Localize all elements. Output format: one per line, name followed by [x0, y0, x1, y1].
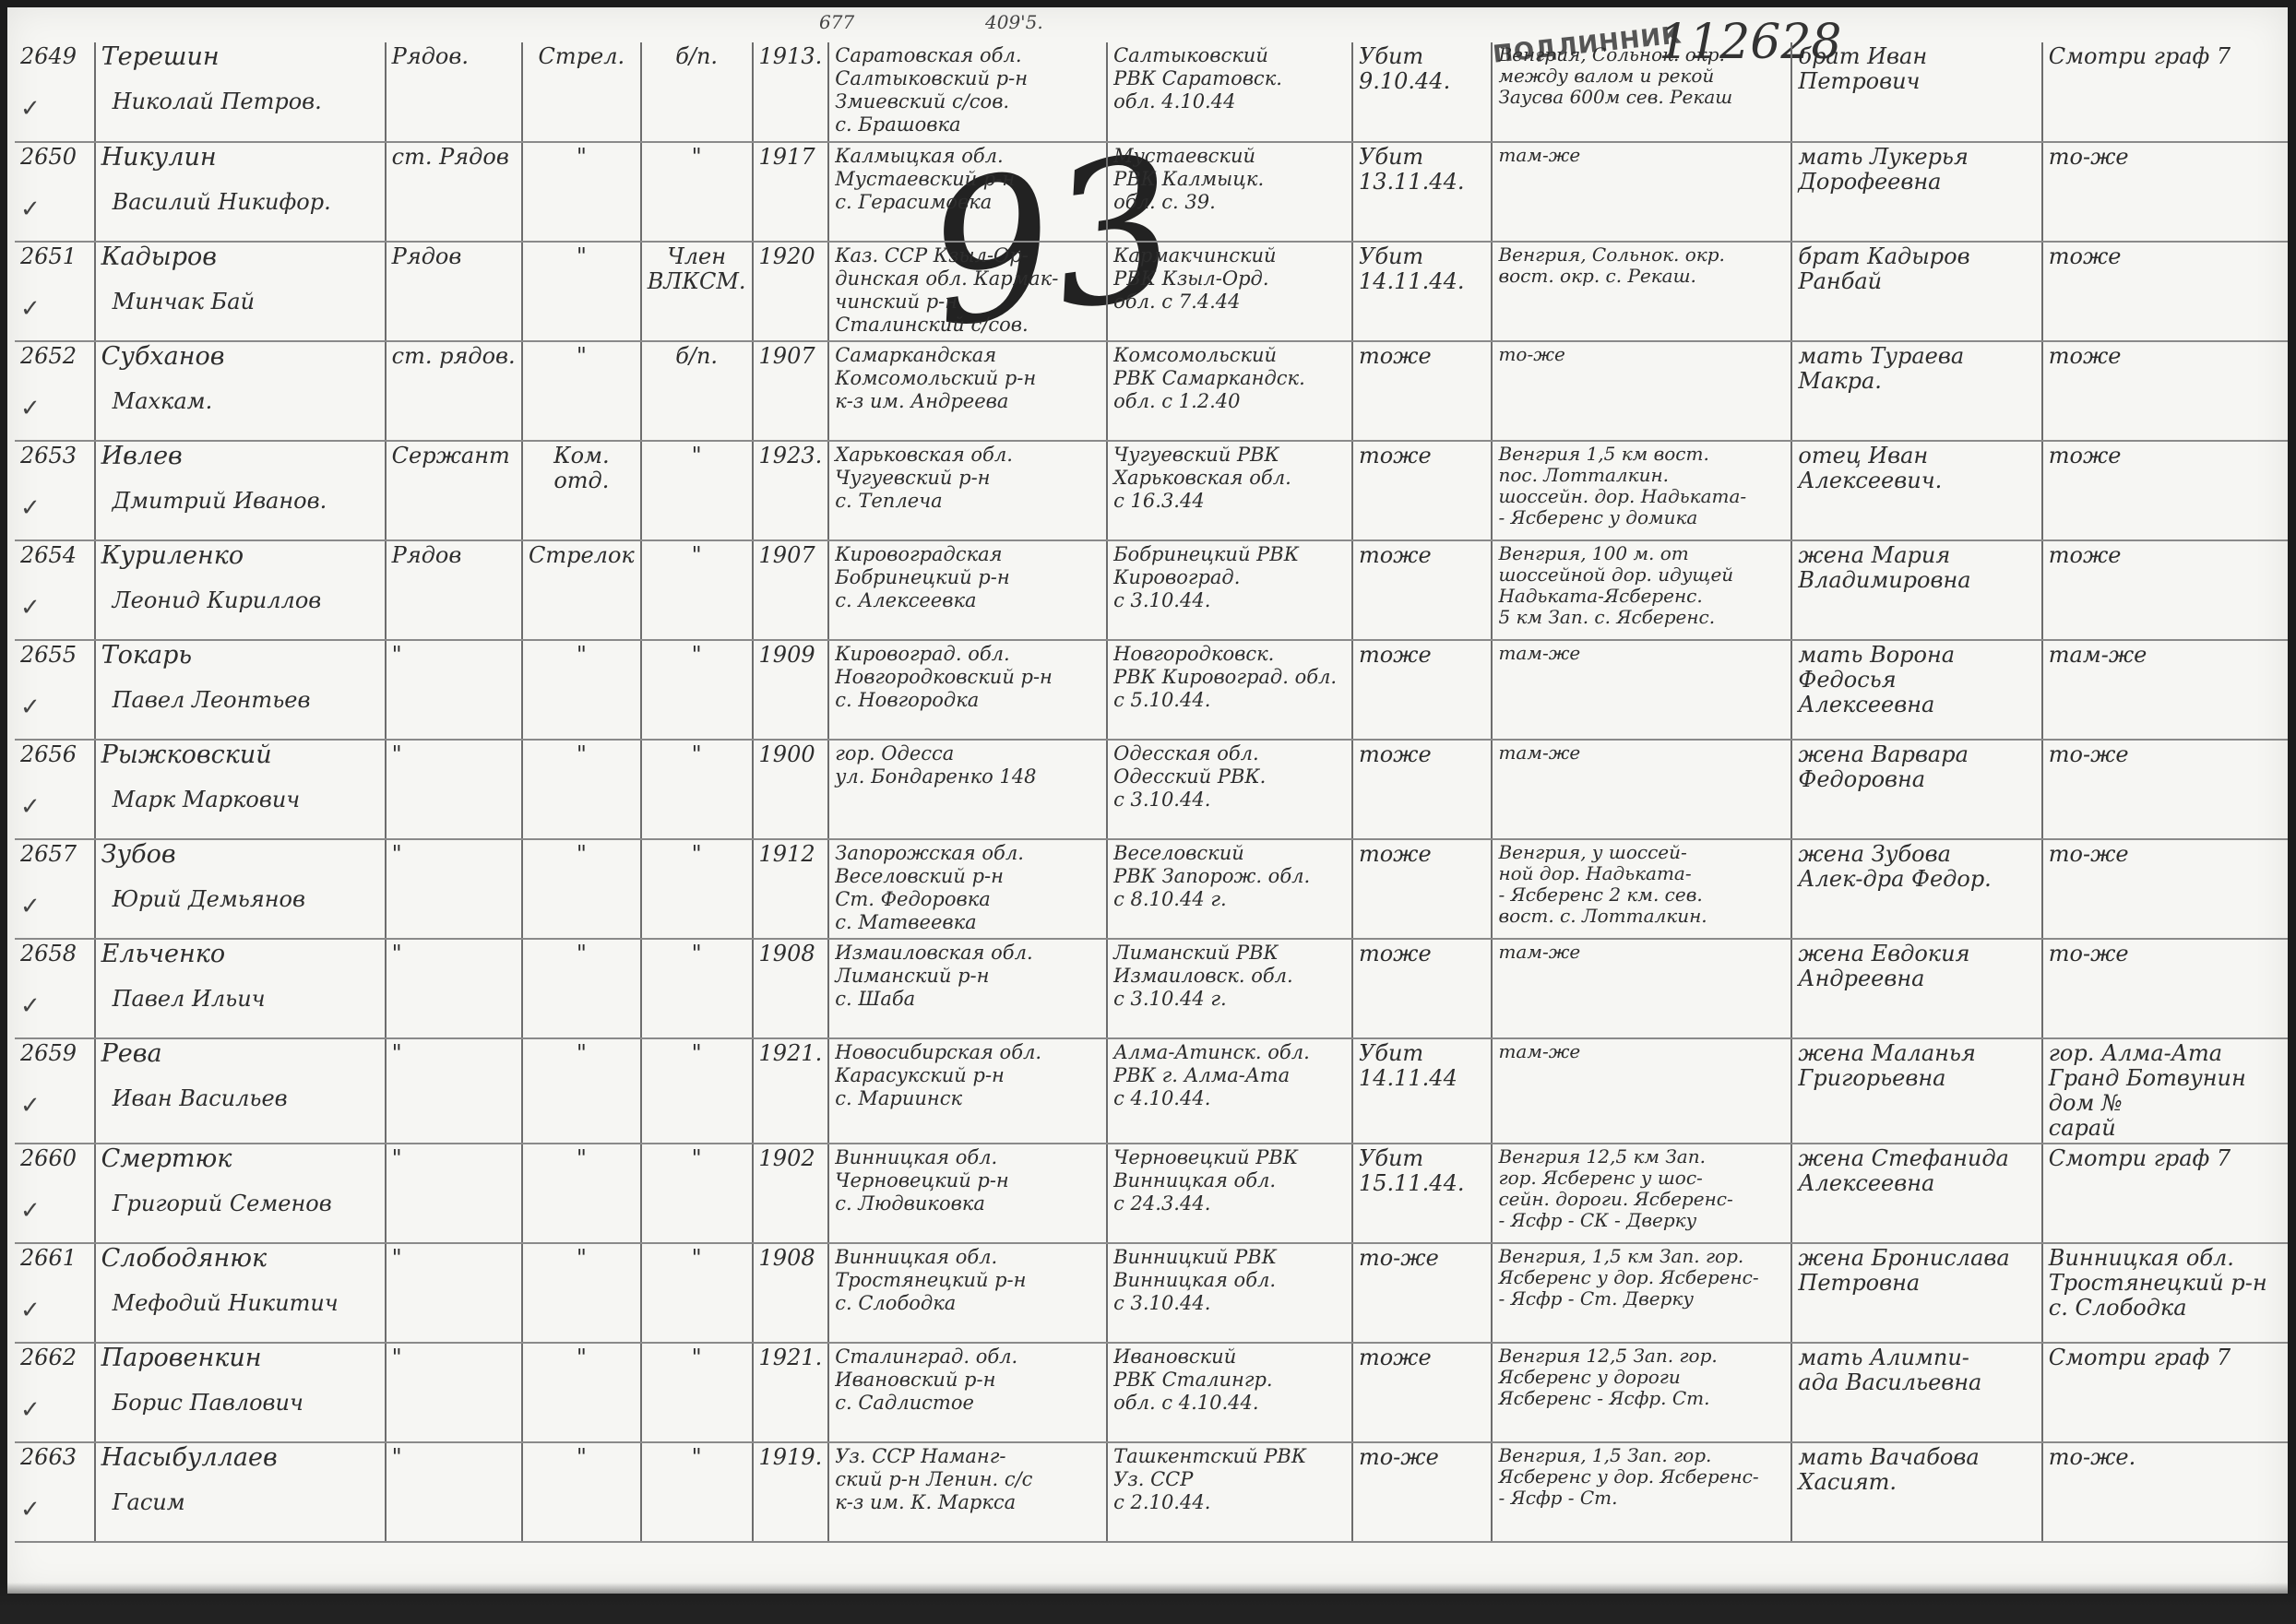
given-names: Григорий Семенов: [101, 1191, 379, 1216]
address-line: тоже: [2049, 444, 2282, 468]
drafted-by-cell: Чугуевский РВКХарьковская обл.с 16.3.44: [1107, 441, 1352, 540]
burial-line: Заусва 600м сев. Рекаш: [1498, 87, 1785, 108]
birth-year-cell: 1919.: [753, 1442, 829, 1542]
address-line: Гранд Ботвунин дом №: [2049, 1066, 2282, 1116]
birth-year-cell: 1917: [753, 142, 829, 242]
surname: Кадыров: [101, 244, 379, 269]
rank-cell: Сержант: [386, 441, 522, 540]
birthplace-cell: Уз. ССР Наманг-ский р-н Ленин. с/ск-з им…: [828, 1442, 1107, 1542]
burial-place-cell: Венгрия, Сольнок. окр.между валом и реко…: [1492, 42, 1791, 142]
position-cell: ": [522, 740, 641, 839]
died-line: тоже: [1359, 543, 1486, 568]
record-number-cell: 2649 ✓: [15, 42, 95, 142]
name-cell: Ивлев Дмитрий Иванов.: [95, 441, 386, 540]
scan-edge-shadow: [0, 1583, 2296, 1624]
birthplace-line: с. Матвеевка: [835, 911, 1100, 934]
kin-line: Григорьевна: [1798, 1066, 2035, 1091]
record-number: 2662: [20, 1345, 77, 1370]
burial-line: шоссейной дор. идущей: [1498, 564, 1785, 586]
drafted-line: Черновецкий РВК: [1113, 1146, 1346, 1169]
checkmark-icon: ✓: [20, 1094, 89, 1119]
kin-line: мать Алимпи-: [1798, 1345, 2035, 1370]
address-line: то-же.: [2049, 1445, 2282, 1470]
birthplace-line: Сталинский с/сов.: [835, 314, 1100, 337]
kin-line: брат Кадыров: [1798, 244, 2035, 269]
death-cell: тоже: [1352, 441, 1493, 540]
died-line: тоже: [1359, 444, 1486, 468]
burial-line: - Ясберенс у домика: [1498, 507, 1785, 528]
drafted-line: Алма-Атинск. обл.: [1113, 1041, 1346, 1064]
death-cell: тоже: [1352, 640, 1493, 740]
birthplace-line: Калмыцкая обл.: [835, 145, 1100, 168]
birthplace-line: Кировоградская: [835, 543, 1100, 566]
kin-address-cell: Винницкая обл.Тростянецкий р-н с. Слобод…: [2042, 1243, 2288, 1343]
name-cell: Никулин Василий Никифор.: [95, 142, 386, 242]
record-number-cell: 2650 ✓: [15, 142, 95, 242]
burial-line: Ясберенс у дороги: [1498, 1367, 1785, 1388]
drafted-line: Одесский РВК.: [1113, 765, 1346, 788]
next-of-kin-cell: мать ВоронаФедосья Алексеевна: [1791, 640, 2041, 740]
given-names: Леонид Кириллов: [101, 588, 379, 613]
drafted-line: Комсомольский: [1113, 344, 1346, 367]
surname: Ивлев: [101, 444, 379, 468]
birthplace-line: с. Шаба: [835, 988, 1100, 1011]
checkmark-icon: ✓: [20, 596, 89, 621]
table-row: 2663 ✓ Насыбуллаев Гасим " " " 1919. Уз.…: [15, 1442, 2288, 1542]
drafted-by-cell: Бобринецкий РВККировоград.с 3.10.44.: [1107, 540, 1352, 640]
birthplace-line: Винницкая обл.: [835, 1246, 1100, 1269]
kin-line: Алек-дра Федор.: [1798, 867, 2035, 892]
checkmark-icon: ✓: [20, 1398, 89, 1423]
party-cell: ": [641, 640, 753, 740]
birthplace-line: Веселовский р-н: [835, 865, 1100, 888]
birthplace-line: ул. Бондаренко 148: [835, 765, 1100, 788]
drafted-line: Лиманский РВК: [1113, 942, 1346, 965]
name-cell: Насыбуллаев Гасим: [95, 1442, 386, 1542]
death-cell: Убит9.10.44.: [1352, 42, 1493, 142]
given-names: Юрий Демьянов: [101, 887, 379, 912]
birthplace-cell: Сталинград. обл.Ивановский р-нс. Садлист…: [828, 1343, 1107, 1442]
record-number: 2649: [20, 43, 77, 69]
birthplace-line: Уз. ССР Наманг-: [835, 1445, 1100, 1468]
drafted-line: Кировоград.: [1113, 566, 1346, 589]
drafted-by-cell: Одесская обл.Одесский РВК.с 3.10.44.: [1107, 740, 1352, 839]
drafted-line: с 3.10.44.: [1113, 1292, 1346, 1315]
surname: Рыжковский: [101, 742, 379, 767]
party-cell: ": [641, 1343, 753, 1442]
burial-line: Венгрия, 1,5 Зап. гор.: [1498, 1445, 1785, 1466]
surname: Зубов: [101, 842, 379, 867]
burial-line: там-же: [1498, 643, 1785, 664]
drafted-line: Уз. ССР: [1113, 1468, 1346, 1491]
burial-place-cell: Венгрия, у шоссей-ной дор. Надькатa-- Яс…: [1492, 839, 1791, 939]
rank-cell: Рядов: [386, 242, 522, 341]
died-line: Убит: [1359, 145, 1486, 170]
burial-place-cell: Венгрия, 100 м. отшоссейной дор. идущейН…: [1492, 540, 1791, 640]
burial-line: Надькатa-Ясберенс.: [1498, 586, 1785, 607]
kin-address-cell: то-же: [2042, 142, 2288, 242]
birthplace-line: с. Новгородка: [835, 689, 1100, 712]
kin-address-cell: то-же: [2042, 839, 2288, 939]
record-number: 2661: [20, 1245, 77, 1271]
ledger-page: 677 409'5. ПОДЛИННИК 112628 93 2649 ✓ Те…: [7, 7, 2288, 1594]
checkmark-icon: ✓: [20, 97, 89, 122]
birthplace-line: Запорожская обл.: [835, 842, 1100, 865]
checkmark-icon: ✓: [20, 397, 89, 421]
record-number-cell: 2658 ✓: [15, 939, 95, 1038]
next-of-kin-cell: брат КадыровРанбай: [1791, 242, 2041, 341]
burial-line: ной дор. Надькатa-: [1498, 863, 1785, 884]
kin-address-cell: Смотри граф 7: [2042, 42, 2288, 142]
party-cell: ": [641, 142, 753, 242]
kin-address-cell: гор. Алма-АтаГранд Ботвунин дом №сарай: [2042, 1038, 2288, 1144]
burial-line: - Ясфр - Ст. Дверку: [1498, 1288, 1785, 1310]
address-line: там-же: [2049, 643, 2282, 668]
died-line: 13.11.44.: [1359, 170, 1486, 195]
kin-line: мать Ворона: [1798, 643, 2035, 668]
burial-line: пос. Лотталкин.: [1498, 465, 1785, 486]
kin-line: мать Тураева: [1798, 344, 2035, 369]
given-names: Николай Петров.: [101, 89, 379, 114]
table-row: 2657 ✓ Зубов Юрий Демьянов " " " 1912 За…: [15, 839, 2288, 939]
drafted-line: обл. с. 39.: [1113, 191, 1346, 214]
name-cell: Паровенкин Борис Павлович: [95, 1343, 386, 1442]
rank-cell: ": [386, 740, 522, 839]
record-number: 2658: [20, 941, 77, 966]
table-row: 2649 ✓ Терешин Николай Петров. Рядов. Ст…: [15, 42, 2288, 142]
died-line: 14.11.44.: [1359, 269, 1486, 294]
record-number: 2650: [20, 144, 77, 170]
next-of-kin-cell: жена СтефанидаАлексеевна: [1791, 1144, 2041, 1243]
birthplace-line: гор. Одесса: [835, 742, 1100, 765]
drafted-line: Салтыковский: [1113, 44, 1346, 67]
burial-line: там-же: [1498, 942, 1785, 963]
drafted-line: РВК Саратовск.: [1113, 67, 1346, 90]
name-cell: Терешин Николай Петров.: [95, 42, 386, 142]
burial-line: Венгрия, Сольнок. окр.: [1498, 244, 1785, 266]
birthplace-line: Измаиловская обл.: [835, 942, 1100, 965]
rank-cell: ": [386, 1343, 522, 1442]
drafted-by-cell: МустаевскийРВК Калмыцк.обл. с. 39.: [1107, 142, 1352, 242]
rank-cell: ст. рядов.: [386, 341, 522, 441]
drafted-line: с 8.10.44 г.: [1113, 888, 1346, 911]
kin-line: брат Иван: [1798, 44, 2035, 69]
name-cell: Куриленко Леонид Кириллов: [95, 540, 386, 640]
address-line: тоже: [2049, 543, 2282, 568]
burial-line: Венгрия, 100 м. от: [1498, 543, 1785, 564]
burial-line: 5 км Зап. с. Ясберенс.: [1498, 607, 1785, 628]
record-number-cell: 2660 ✓: [15, 1144, 95, 1243]
table-row: 2661 ✓ Слободянюк Мефодий Никитич " " " …: [15, 1243, 2288, 1343]
table-row: 2662 ✓ Паровенкин Борис Павлович " " " 1…: [15, 1343, 2288, 1442]
name-cell: Токарь Павел Леонтьев: [95, 640, 386, 740]
burial-place-cell: Венгрия 12,5 км Зап.гор. Ясберенс у шос-…: [1492, 1144, 1791, 1243]
birthplace-line: ский р-н Ленин. с/с: [835, 1468, 1100, 1491]
died-line: Убит: [1359, 1041, 1486, 1066]
record-number: 2659: [20, 1040, 77, 1066]
drafted-line: Одесская обл.: [1113, 742, 1346, 765]
address-line: то-же: [2049, 742, 2282, 767]
kin-line: Алексеевич.: [1798, 468, 2035, 493]
next-of-kin-cell: отец ИванАлексеевич.: [1791, 441, 2041, 540]
kin-line: Алексеевна: [1798, 1171, 2035, 1196]
kin-line: жена Брониславa: [1798, 1246, 2035, 1271]
died-line: 15.11.44.: [1359, 1171, 1486, 1196]
next-of-kin-cell: жена ЕвдокияАндреевна: [1791, 939, 2041, 1038]
rank-cell: ": [386, 1038, 522, 1144]
drafted-line: с 5.10.44.: [1113, 689, 1346, 712]
kin-line: отец Иван: [1798, 444, 2035, 468]
kin-address-cell: Смотри граф 7: [2042, 1343, 2288, 1442]
position-cell: ": [522, 142, 641, 242]
birthplace-cell: Новосибирская обл.Карасукский р-нс. Мари…: [828, 1038, 1107, 1144]
kin-line: жена Варвара: [1798, 742, 2035, 767]
surname: Паровенкин: [101, 1345, 379, 1370]
burial-line: Ясберенс - Ясфр. Ст.: [1498, 1388, 1785, 1409]
position-cell: Ком. отд.: [522, 441, 641, 540]
birthplace-cell: Запорожская обл.Веселовский р-нСт. Федор…: [828, 839, 1107, 939]
record-number-cell: 2662 ✓: [15, 1343, 95, 1442]
birthplace-line: чинский р-н: [835, 290, 1100, 314]
birth-year-cell: 1921.: [753, 1343, 829, 1442]
birth-year-cell: 1900: [753, 740, 829, 839]
kin-line: Андреевна: [1798, 966, 2035, 991]
party-cell: ": [641, 939, 753, 1038]
next-of-kin-cell: жена БрониславaПетровна: [1791, 1243, 2041, 1343]
checkmark-icon: ✓: [20, 1199, 89, 1224]
name-cell: Ельченко Павел Ильич: [95, 939, 386, 1038]
drafted-by-cell: Лиманский РВКИзмаиловск. обл.с 3.10.44 г…: [1107, 939, 1352, 1038]
burial-line: там-же: [1498, 742, 1785, 764]
rank-cell: Рядов: [386, 540, 522, 640]
name-cell: Субханов Махкам.: [95, 341, 386, 441]
record-number-cell: 2657 ✓: [15, 839, 95, 939]
party-cell: б/п.: [641, 341, 753, 441]
address-line: то-же: [2049, 145, 2282, 170]
died-line: тоже: [1359, 742, 1486, 767]
kin-line: Хасият.: [1798, 1470, 2035, 1495]
checkmark-icon: ✓: [20, 695, 89, 720]
checkmark-icon: ✓: [20, 895, 89, 919]
kin-line: ада Васильевна: [1798, 1370, 2035, 1395]
address-line: сарай: [2049, 1116, 2282, 1141]
table-row: 2659 ✓ Рева Иван Васильев " " " 1921. Но…: [15, 1038, 2288, 1144]
burial-place-cell: Венгрия 12,5 Зап. гор.Ясберенс у дорогиЯ…: [1492, 1343, 1791, 1442]
drafted-line: Ташкентский РВК: [1113, 1445, 1346, 1468]
died-line: тоже: [1359, 1345, 1486, 1370]
death-cell: тоже: [1352, 1343, 1493, 1442]
address-line: Смотри граф 7: [2049, 44, 2282, 69]
record-number: 2663: [20, 1444, 77, 1470]
name-cell: Слободянюк Мефодий Никитич: [95, 1243, 386, 1343]
given-names: Махкам.: [101, 389, 379, 414]
kin-line: Владимировна: [1798, 568, 2035, 593]
birthplace-line: Ивановский р-н: [835, 1369, 1100, 1392]
died-line: тоже: [1359, 643, 1486, 668]
birthplace-line: Новгородковский р-н: [835, 666, 1100, 689]
drafted-line: РВК Кзыл-Орд.: [1113, 267, 1346, 290]
burial-line: Венгрия 12,5 км Зап.: [1498, 1146, 1785, 1168]
party-cell: ": [641, 1144, 753, 1243]
birth-year-cell: 1902: [753, 1144, 829, 1243]
drafted-line: РВК г. Алма-Ата: [1113, 1064, 1346, 1087]
drafted-by-cell: Алма-Атинск. обл.РВК г. Алма-Атас 4.10.4…: [1107, 1038, 1352, 1144]
birthplace-line: Сталинград. обл.: [835, 1345, 1100, 1369]
rank-cell: Рядов.: [386, 42, 522, 142]
address-line: то-же: [2049, 842, 2282, 867]
drafted-line: РВК Запорож. обл.: [1113, 865, 1346, 888]
kin-line: жена Маланья: [1798, 1041, 2035, 1066]
kin-line: мать Вачабова: [1798, 1445, 2035, 1470]
burial-line: - Ясберенс 2 км. сев.: [1498, 884, 1785, 906]
kin-line: жена Зубова: [1798, 842, 2035, 867]
burial-line: Венгрия, 1,5 км Зап. гор.: [1498, 1246, 1785, 1267]
birthplace-line: Тростянецкий р-н: [835, 1269, 1100, 1292]
drafted-by-cell: КармакчинскийРВК Кзыл-Орд.обл. с 7.4.44: [1107, 242, 1352, 341]
burial-place-cell: Венгрия, 1,5 км Зап. гор.Ясберенс у дор.…: [1492, 1243, 1791, 1343]
birthplace-line: Бобринецкий р-н: [835, 566, 1100, 589]
drafted-line: РВК Самаркандск.: [1113, 367, 1346, 390]
kin-line: Федосья Алексеевна: [1798, 668, 2035, 717]
died-line: 14.11.44: [1359, 1066, 1486, 1091]
table-row: 2651 ✓ Кадыров Минчак Бай Рядов " Член В…: [15, 242, 2288, 341]
next-of-kin-cell: мать ТураеваМакра.: [1791, 341, 2041, 441]
died-line: 9.10.44.: [1359, 69, 1486, 94]
birthplace-cell: гор. Одессаул. Бондаренко 148: [828, 740, 1107, 839]
kin-address-cell: там-же: [2042, 640, 2288, 740]
birthplace-line: Карасукский р-н: [835, 1064, 1100, 1087]
birth-year-cell: 1908: [753, 939, 829, 1038]
given-names: Минчак Бай: [101, 290, 379, 314]
drafted-line: РВК Кировоград. обл.: [1113, 666, 1346, 689]
birthplace-cell: Саратовская обл.Салтыковский р-нЗмиевски…: [828, 42, 1107, 142]
surname: Рева: [101, 1041, 379, 1066]
kin-address-cell: то-же: [2042, 939, 2288, 1038]
given-names: Дмитрий Иванов.: [101, 489, 379, 514]
position-cell: ": [522, 1343, 641, 1442]
drafted-by-cell: Ташкентский РВКУз. ССРс 2.10.44.: [1107, 1442, 1352, 1542]
birthplace-cell: Измаиловская обл.Лиманский р-нс. Шаба: [828, 939, 1107, 1038]
kin-address-cell: то-же.: [2042, 1442, 2288, 1542]
birthplace-line: с. Брашовка: [835, 113, 1100, 136]
died-line: тоже: [1359, 344, 1486, 369]
checkmark-icon: ✓: [20, 197, 89, 222]
burial-line: там-же: [1498, 145, 1785, 166]
party-cell: ": [641, 540, 753, 640]
position-cell: ": [522, 1442, 641, 1542]
died-line: то-же: [1359, 1445, 1486, 1470]
surname: Токарь: [101, 643, 379, 668]
rank-cell: ст. Рядов: [386, 142, 522, 242]
kin-address-cell: Смотри граф 7: [2042, 1144, 2288, 1243]
birthplace-cell: КировоградскаяБобринецкий р-нс. Алексеев…: [828, 540, 1107, 640]
burial-line: Венгрия, у шоссей-: [1498, 842, 1785, 863]
birthplace-line: к-з им. К. Маркса: [835, 1491, 1100, 1514]
drafted-by-cell: Новгородковск.РВК Кировоград. обл.с 5.10…: [1107, 640, 1352, 740]
burial-line: - Ясфр - СК - Дверку: [1498, 1210, 1785, 1231]
drafted-line: Винницкий РВК: [1113, 1246, 1346, 1269]
position-cell: Стрелок: [522, 540, 641, 640]
birthplace-line: Ст. Федоровка: [835, 888, 1100, 911]
burial-line: шоссейн. дор. Надькатa-: [1498, 486, 1785, 507]
rank-cell: ": [386, 640, 522, 740]
drafted-line: с 16.3.44: [1113, 490, 1346, 513]
birthplace-line: Змиевский с/сов.: [835, 90, 1100, 113]
surname: Насыбуллаев: [101, 1445, 379, 1470]
surname: Ельченко: [101, 942, 379, 966]
death-cell: то-же: [1352, 1442, 1493, 1542]
drafted-line: РВК Сталингр.: [1113, 1369, 1346, 1392]
rank-cell: ": [386, 939, 522, 1038]
header-note-1: 677: [819, 11, 854, 33]
birthplace-line: Лиманский р-н: [835, 965, 1100, 988]
burial-place-cell: Венгрия, Сольнок. окр.вост. окр. с. Река…: [1492, 242, 1791, 341]
burial-line: вост. с. Лотталкин.: [1498, 906, 1785, 927]
drafted-line: Харьковская обл.: [1113, 467, 1346, 490]
death-cell: тоже: [1352, 540, 1493, 640]
birthplace-line: с. Людвиковка: [835, 1192, 1100, 1215]
given-names: Павел Ильич: [101, 987, 379, 1012]
birthplace-cell: Винницкая обл.Черновецкий р-нс. Людвиков…: [828, 1144, 1107, 1243]
birthplace-line: Винницкая обл.: [835, 1146, 1100, 1169]
party-cell: ": [641, 1038, 753, 1144]
drafted-line: Ивановский: [1113, 1345, 1346, 1369]
died-line: Убит: [1359, 1146, 1486, 1171]
birthplace-line: Новосибирская обл.: [835, 1041, 1100, 1064]
record-number: 2652: [20, 343, 77, 369]
kin-line: Макра.: [1798, 369, 2035, 394]
drafted-by-cell: ИвановскийРВК Сталингр.обл. с 4.10.44.: [1107, 1343, 1352, 1442]
checkmark-icon: ✓: [20, 994, 89, 1019]
death-cell: тоже: [1352, 939, 1493, 1038]
given-names: Павел Леонтьев: [101, 688, 379, 713]
surname: Смертюк: [101, 1146, 379, 1171]
birthplace-line: к-з им. Андреева: [835, 390, 1100, 413]
birth-year-cell: 1907: [753, 341, 829, 441]
party-cell: ": [641, 740, 753, 839]
record-number-cell: 2661 ✓: [15, 1243, 95, 1343]
table-row: 2653 ✓ Ивлев Дмитрий Иванов. Сержант Ком…: [15, 441, 2288, 540]
birthplace-cell: Винницкая обл.Тростянецкий р-нс. Слободк…: [828, 1243, 1107, 1343]
table-row: 2658 ✓ Ельченко Павел Ильич " " " 1908 И…: [15, 939, 2288, 1038]
birthplace-line: с. Слободка: [835, 1292, 1100, 1315]
next-of-kin-cell: брат ИванПетрович: [1791, 42, 2041, 142]
drafted-line: Кармакчинский: [1113, 244, 1346, 267]
given-names: Иван Васильев: [101, 1086, 379, 1111]
kin-line: Дорофеевна: [1798, 170, 2035, 195]
burial-place-cell: там-же: [1492, 142, 1791, 242]
record-number-cell: 2653 ✓: [15, 441, 95, 540]
drafted-by-cell: СалтыковскийРВК Саратовск.обл. 4.10.44: [1107, 42, 1352, 142]
birthplace-line: Чугуевский р-н: [835, 467, 1100, 490]
birthplace-line: с. Алексеевка: [835, 589, 1100, 612]
position-cell: ": [522, 1038, 641, 1144]
drafted-line: с 3.10.44.: [1113, 788, 1346, 812]
burial-line: сейн. дороги. Ясберенс-: [1498, 1189, 1785, 1210]
checkmark-icon: ✓: [20, 496, 89, 521]
drafted-line: Винницкая обл.: [1113, 1169, 1346, 1192]
burial-line: Венгрия 12,5 Зап. гор.: [1498, 1345, 1785, 1367]
next-of-kin-cell: мать Алимпи-ада Васильевна: [1791, 1343, 2041, 1442]
burial-line: Венгрия 1,5 км вост.: [1498, 444, 1785, 465]
drafted-by-cell: Черновецкий РВКВинницкая обл.с 24.3.44.: [1107, 1144, 1352, 1243]
given-names: Василий Никифор.: [101, 190, 379, 215]
burial-line: то-же: [1498, 344, 1785, 365]
drafted-line: обл. с 7.4.44: [1113, 290, 1346, 314]
birth-year-cell: 1920: [753, 242, 829, 341]
address-line: Смотри граф 7: [2049, 1345, 2282, 1370]
record-number-cell: 2652 ✓: [15, 341, 95, 441]
